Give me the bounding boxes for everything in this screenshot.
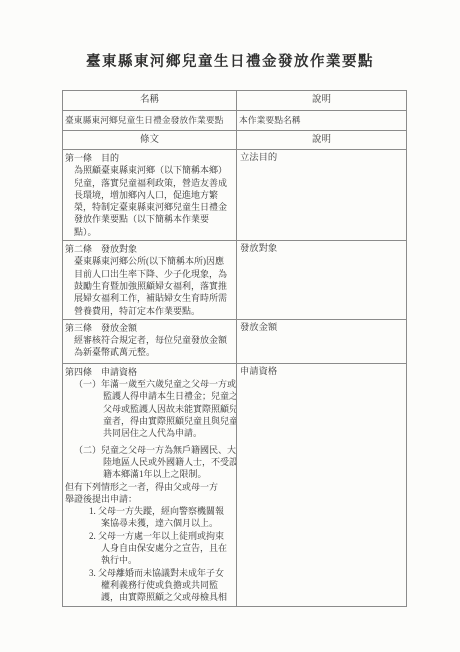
regulation-title-row: 臺東縣東河鄉兒童生日禮金發放作業要點 本作業要點名稱 xyxy=(63,111,406,131)
article-line: 陸地區人民或外國籍人士，不受設 xyxy=(63,456,236,468)
article-line: 目前人口出生率下降、少子化現象，為 xyxy=(63,268,236,280)
column-header-description: 說明 xyxy=(237,91,406,110)
article-line: 鼓勵生育暨加強照顧婦女福利，落實推 xyxy=(63,280,236,292)
article-line: 1. 父母一方失蹤，經向警察機關報 xyxy=(63,505,236,517)
article-line: 臺東縣東河鄉公所(以下簡稱本所)因應 xyxy=(63,255,236,267)
article-line: 第一條 目的 xyxy=(63,152,236,164)
article-line: 第四條 申請資格 xyxy=(63,366,236,378)
article-line: 兒童，落實兒童福利政策，營造友善成 xyxy=(63,177,236,189)
article-line: 營養費用，特訂定本作業要點。 xyxy=(63,305,236,317)
document-title: 臺東縣東河鄉兒童生日禮金發放作業要點 xyxy=(0,0,460,71)
article-row-1: 第一條 目的為照顧臺東縣東河鄉（以下簡稱本鄉）兒童，落實兒童福利政策，營造友善成… xyxy=(63,150,406,241)
article-line: 護，由實際照顧之父或母檢具相 xyxy=(63,591,236,603)
regulation-name-note-cell: 本作業要點名稱 xyxy=(237,111,406,130)
column-header-articles: 條文 xyxy=(63,131,237,149)
article-line: 權利義務行使或負擔或共同監 xyxy=(63,579,236,591)
column-header-name: 名稱 xyxy=(63,91,237,110)
article-line: 第三條 發放金額 xyxy=(63,322,236,334)
article-line: 舉證後提出申請： xyxy=(63,493,236,505)
article-row-4: 第四條 申請資格（一）年滿一歲至六歲兒童之父母一方或監護人得申請本生日禮金；兒童… xyxy=(63,364,406,606)
table-subheader-row: 條文 說明 xyxy=(63,131,406,150)
article-line: 長環境，增加鄉內人口，促進地方繁 xyxy=(63,189,236,201)
article-1-note: 立法目的 xyxy=(237,150,406,240)
article-line: 共同居住之人代為申請。 xyxy=(63,427,236,439)
article-line: 執行中。 xyxy=(63,554,236,566)
column-header-description-2: 說明 xyxy=(237,131,406,149)
article-line: 發放作業要點（以下簡稱本作業要 xyxy=(63,213,236,225)
article-line: 第二條 發放對象 xyxy=(63,243,236,255)
article-line: （二）兒童之父母一方為無戶籍國民、大 xyxy=(63,444,236,456)
article-4-note: 申請資格 xyxy=(237,364,406,606)
article-line: 案協尋未獲，達六個月以上。 xyxy=(63,517,236,529)
article-row-3: 第三條 發放金額經審核符合規定者，每位兒童發放金額為新臺幣貳萬元整。 發放金額 xyxy=(63,320,406,364)
article-line: 父母或監護人因故未能實際照顧兒 xyxy=(63,403,236,415)
article-line: 展婦女福利工作，補貼婦女生育時所需 xyxy=(63,292,236,304)
article-line: 3. 父母離婚而未協議對未成年子女 xyxy=(63,567,236,579)
article-line: 為新臺幣貳萬元整。 xyxy=(63,346,236,358)
article-line: 人身自由保安處分之宣告，且在 xyxy=(63,542,236,554)
table-header-row: 名稱 說明 xyxy=(63,91,406,111)
article-line: 經審核符合規定者，每位兒童發放金額 xyxy=(63,334,236,346)
article-line: （一）年滿一歲至六歲兒童之父母一方或 xyxy=(63,378,236,390)
article-2-text: 第二條 發放對象臺東縣東河鄉公所(以下簡稱本所)因應目前人口出生率下降、少子化現… xyxy=(63,241,237,319)
article-line: 監護人得申請本生日禮金；兒童之 xyxy=(63,390,236,402)
regulation-name-cell: 臺東縣東河鄉兒童生日禮金發放作業要點 xyxy=(63,111,237,130)
scanned-document-page: 臺東縣東河鄉兒童生日禮金發放作業要點 名稱 說明 臺東縣東河鄉兒童生日禮金發放作… xyxy=(0,0,460,652)
article-3-text: 第三條 發放金額經審核符合規定者，每位兒童發放金額為新臺幣貳萬元整。 xyxy=(63,320,237,363)
article-line: 但有下列情形之一者，得由父或母一方 xyxy=(63,481,236,493)
article-1-text: 第一條 目的為照顧臺東縣東河鄉（以下簡稱本鄉）兒童，落實兒童福利政策，營造友善成… xyxy=(63,150,237,240)
article-line: 籍本鄉滿1年以上之限制。 xyxy=(63,468,236,480)
article-row-2: 第二條 發放對象臺東縣東河鄉公所(以下簡稱本所)因應目前人口出生率下降、少子化現… xyxy=(63,241,406,320)
article-line: 為照顧臺東縣東河鄉（以下簡稱本鄉） xyxy=(63,164,236,176)
article-line: 童者，得由實際照顧兒童且與兒童 xyxy=(63,415,236,427)
article-4-text: 第四條 申請資格（一）年滿一歲至六歲兒童之父母一方或監護人得申請本生日禮金；兒童… xyxy=(63,364,237,606)
article-line: 榮，特制定臺東縣東河鄉兒童生日禮金 xyxy=(63,201,236,213)
regulation-table: 名稱 說明 臺東縣東河鄉兒童生日禮金發放作業要點 本作業要點名稱 條文 說明 第… xyxy=(62,90,407,607)
article-line: 2. 父母一方處一年以上徒刑或拘束 xyxy=(63,530,236,542)
article-3-note: 發放金額 xyxy=(237,320,406,363)
article-line: 點）。 xyxy=(63,226,236,238)
article-2-note: 發放對象 xyxy=(237,241,406,319)
